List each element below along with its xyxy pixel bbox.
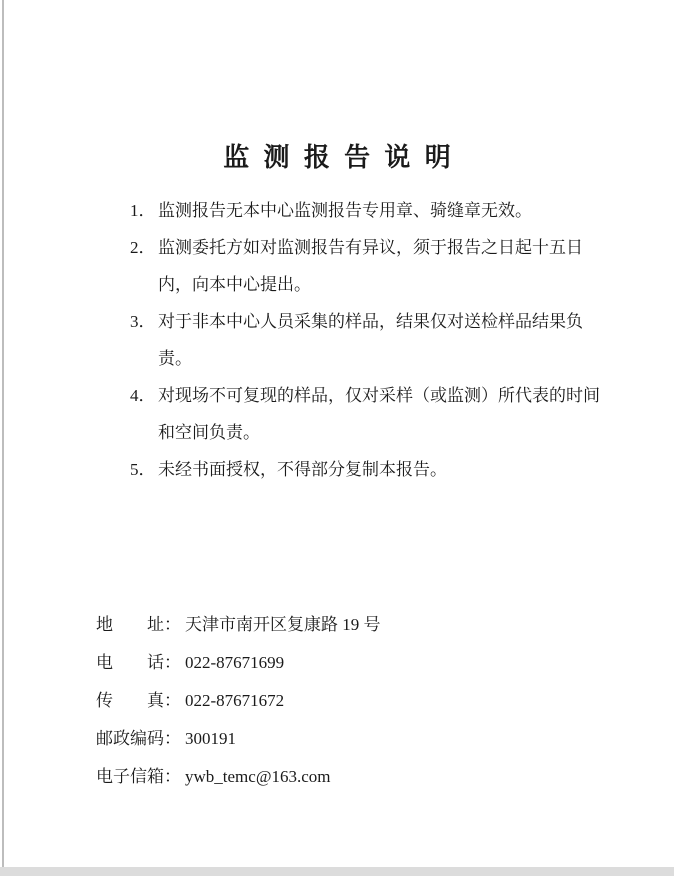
- scan-edge-line: [2, 0, 4, 876]
- note-text: 对于非本中心人员采集的样品，结果仅对送检样品结果负责。: [158, 312, 583, 368]
- note-text: 监测报告无本中心监测报告专用章、骑缝章无效。: [158, 201, 532, 220]
- note-text: 监测委托方如对监测报告有异议，须于报告之日起十五日内，向本中心提出。: [158, 238, 583, 294]
- note-item: 3．对于非本中心人员采集的样品，结果仅对送检样品结果负责。: [130, 303, 616, 377]
- note-number: 1．: [130, 192, 158, 229]
- note-item: 2．监测委托方如对监测报告有异议，须于报告之日起十五日内，向本中心提出。: [130, 229, 616, 303]
- contact-row-fax: 传 真：022-87671672: [96, 682, 616, 720]
- document-page: 监测报告说明 1．监测报告无本中心监测报告专用章、骑缝章无效。 2．监测委托方如…: [0, 0, 674, 876]
- contact-label: 电 话：: [96, 644, 181, 682]
- contact-label: 电子信箱：: [96, 758, 181, 796]
- notes-list: 1．监测报告无本中心监测报告专用章、骑缝章无效。 2．监测委托方如对监测报告有异…: [130, 192, 616, 488]
- note-number: 2．: [130, 229, 158, 266]
- note-item: 1．监测报告无本中心监测报告专用章、骑缝章无效。: [130, 192, 616, 229]
- contact-value: 022-87671699: [185, 644, 284, 682]
- note-text: 对现场不可复现的样品，仅对采样（或监测）所代表的时间和空间负责。: [158, 386, 600, 442]
- note-item: 5．未经书面授权，不得部分复制本报告。: [130, 451, 616, 488]
- contact-value: 天津市南开区复康路 19 号: [185, 606, 381, 644]
- note-text: 未经书面授权，不得部分复制本报告。: [158, 460, 447, 479]
- contact-label: 传 真：: [96, 682, 181, 720]
- note-number: 3．: [130, 303, 158, 340]
- note-number: 5．: [130, 451, 158, 488]
- contact-row-address: 地 址：天津市南开区复康路 19 号: [96, 606, 616, 644]
- contact-row-postal-code: 邮政编码：300191: [96, 720, 616, 758]
- scan-bottom-strip: [0, 867, 674, 876]
- contact-value: 300191: [185, 720, 236, 758]
- contact-row-email: 电子信箱：ywb_temc@163.com: [96, 758, 616, 796]
- page-title: 监测报告说明: [0, 137, 674, 174]
- contact-value: ywb_temc@163.com: [185, 758, 331, 796]
- contact-label: 地 址：: [96, 606, 181, 644]
- contact-label: 邮政编码：: [96, 720, 181, 758]
- contact-value: 022-87671672: [185, 682, 284, 720]
- note-number: 4．: [130, 377, 158, 414]
- contact-block: 地 址：天津市南开区复康路 19 号 电 话：022-87671699 传 真：…: [96, 606, 616, 796]
- note-item: 4．对现场不可复现的样品，仅对采样（或监测）所代表的时间和空间负责。: [130, 377, 616, 451]
- contact-row-phone: 电 话：022-87671699: [96, 644, 616, 682]
